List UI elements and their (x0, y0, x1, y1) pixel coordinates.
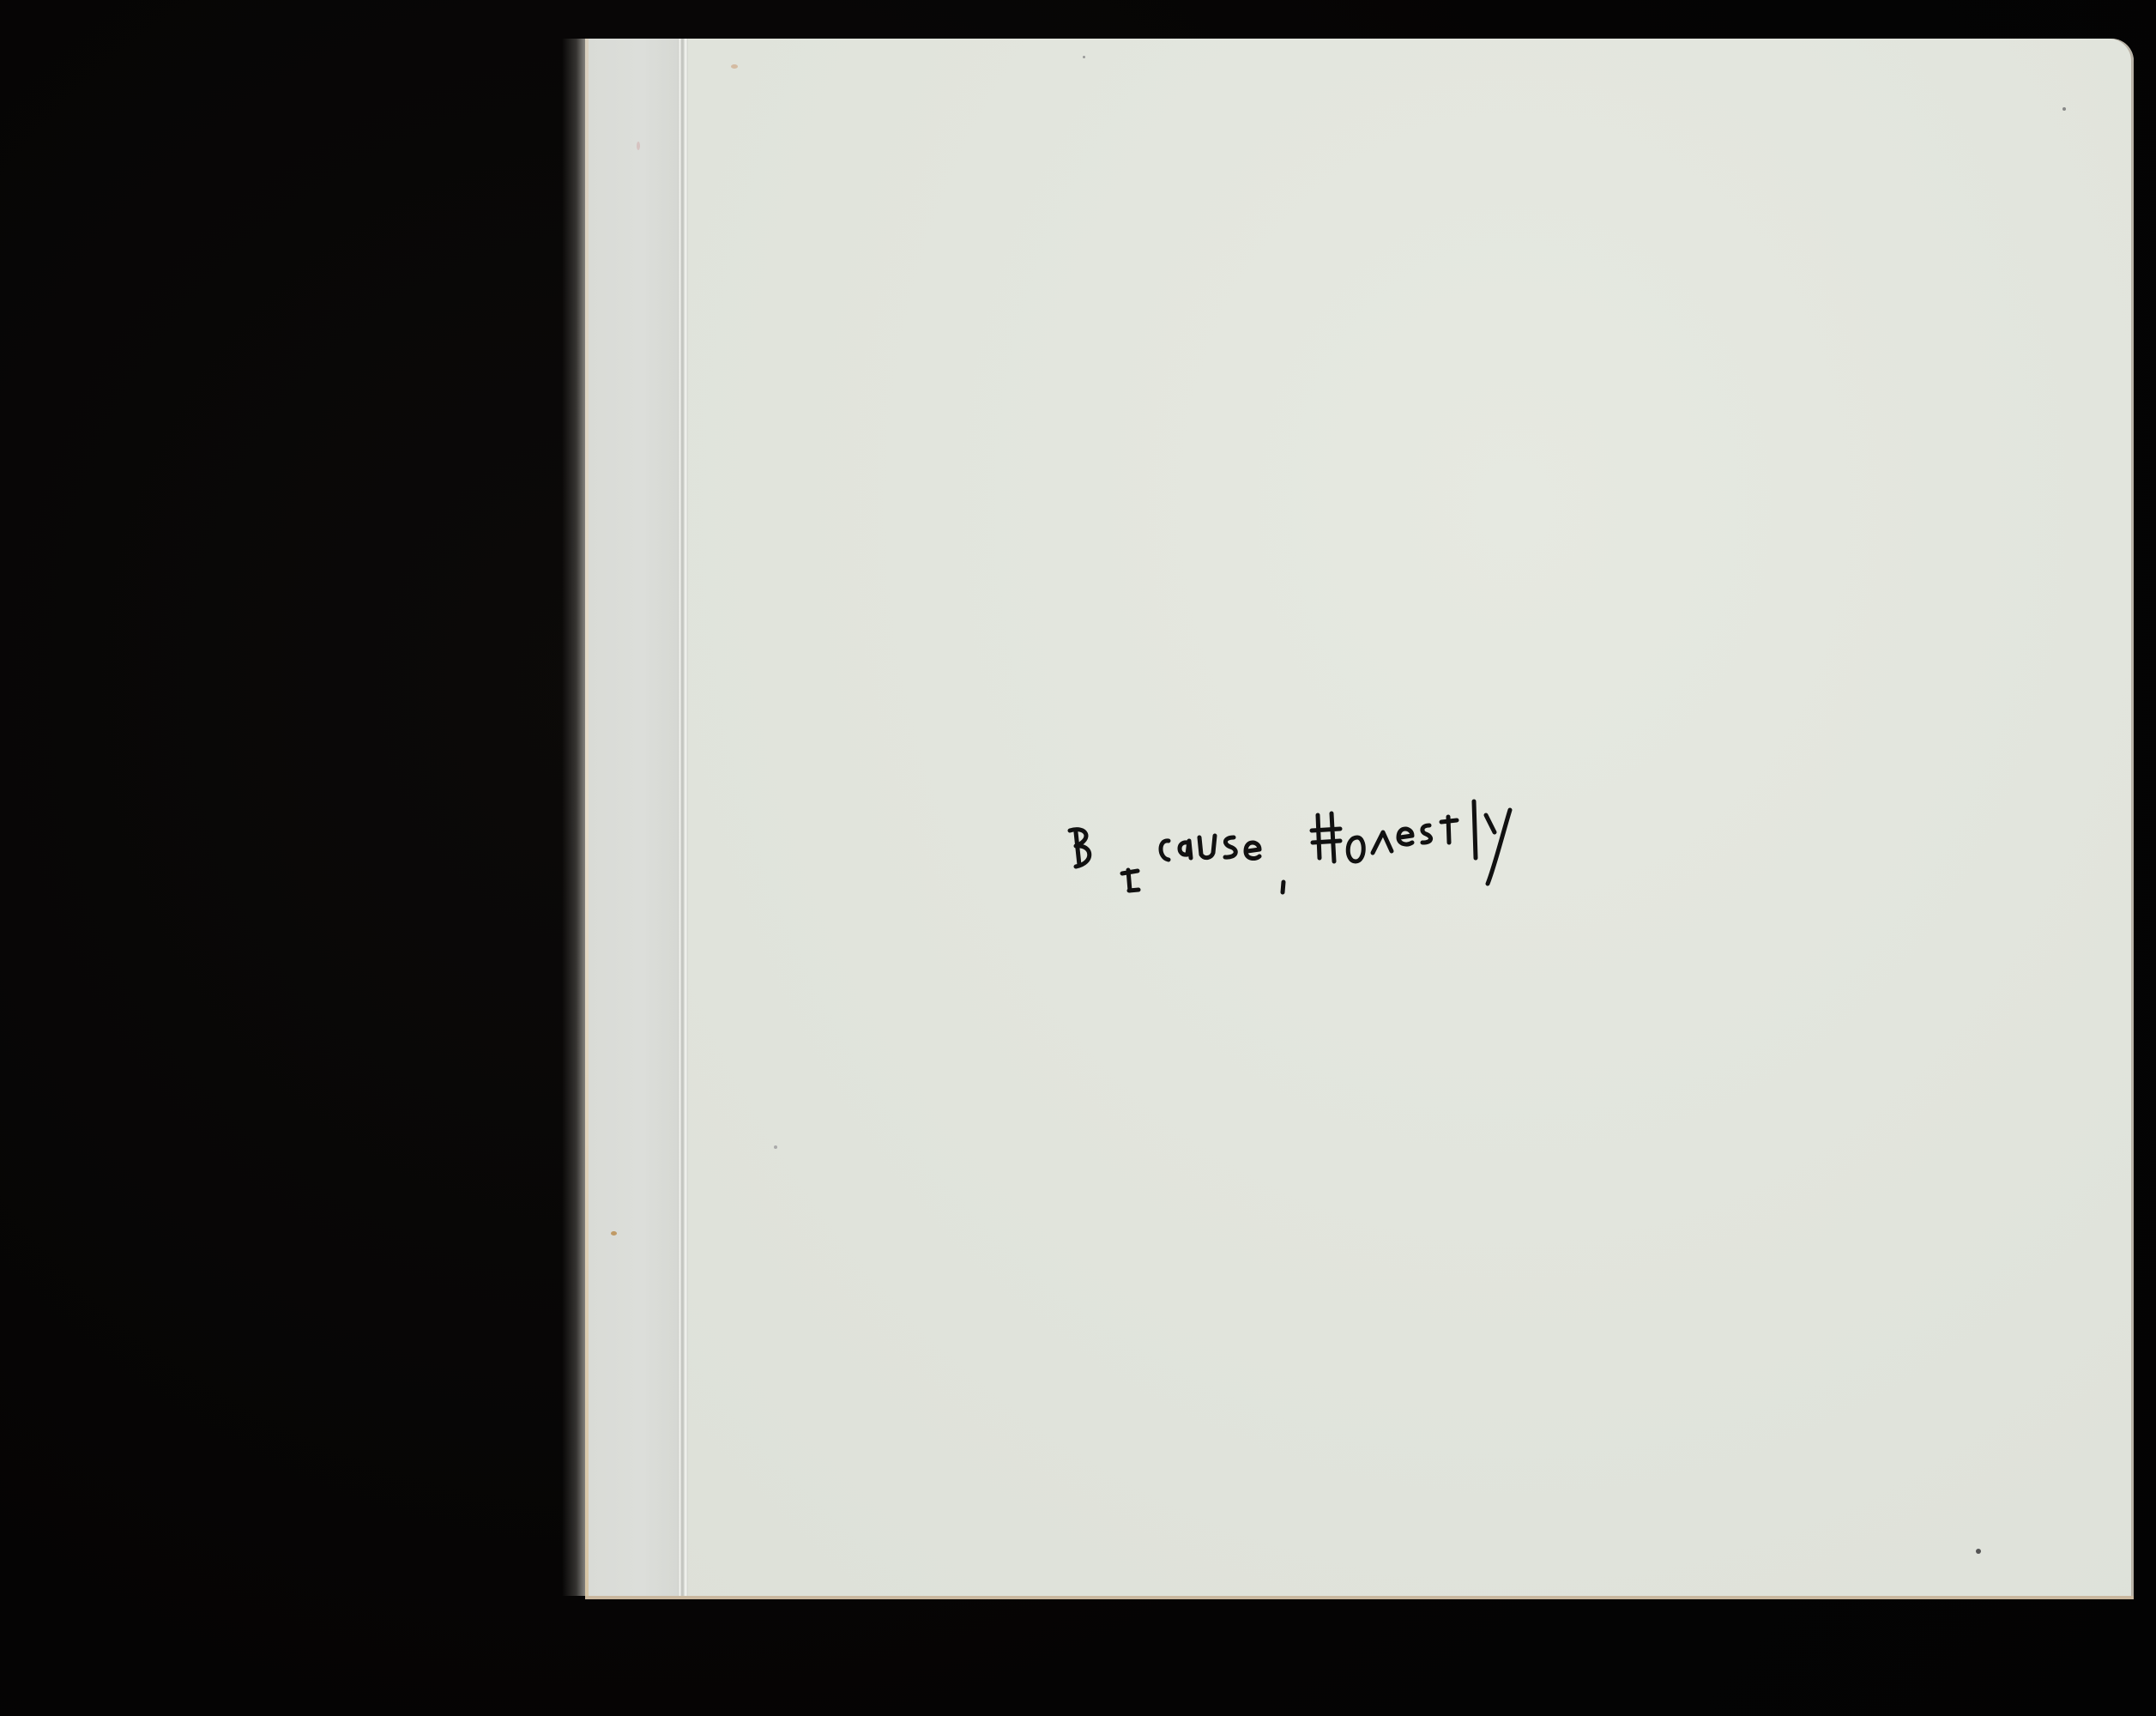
book-cover: Because, Honestly (585, 39, 2134, 1599)
spine-hinge-groove (678, 39, 688, 1596)
paper-speck (1976, 1549, 1981, 1554)
book-edge-shadow (562, 39, 588, 1596)
paper-speck (2062, 107, 2066, 111)
handwritten-title: Because, Honestly (1040, 789, 1692, 918)
spine-panel (589, 39, 678, 1596)
paper-speck (774, 1145, 777, 1149)
paper-speck (611, 1231, 617, 1236)
paper-speck (637, 142, 640, 150)
handwriting-strokes (1040, 789, 1692, 918)
paper-speck (1083, 56, 1085, 58)
paper-speck (731, 64, 738, 69)
